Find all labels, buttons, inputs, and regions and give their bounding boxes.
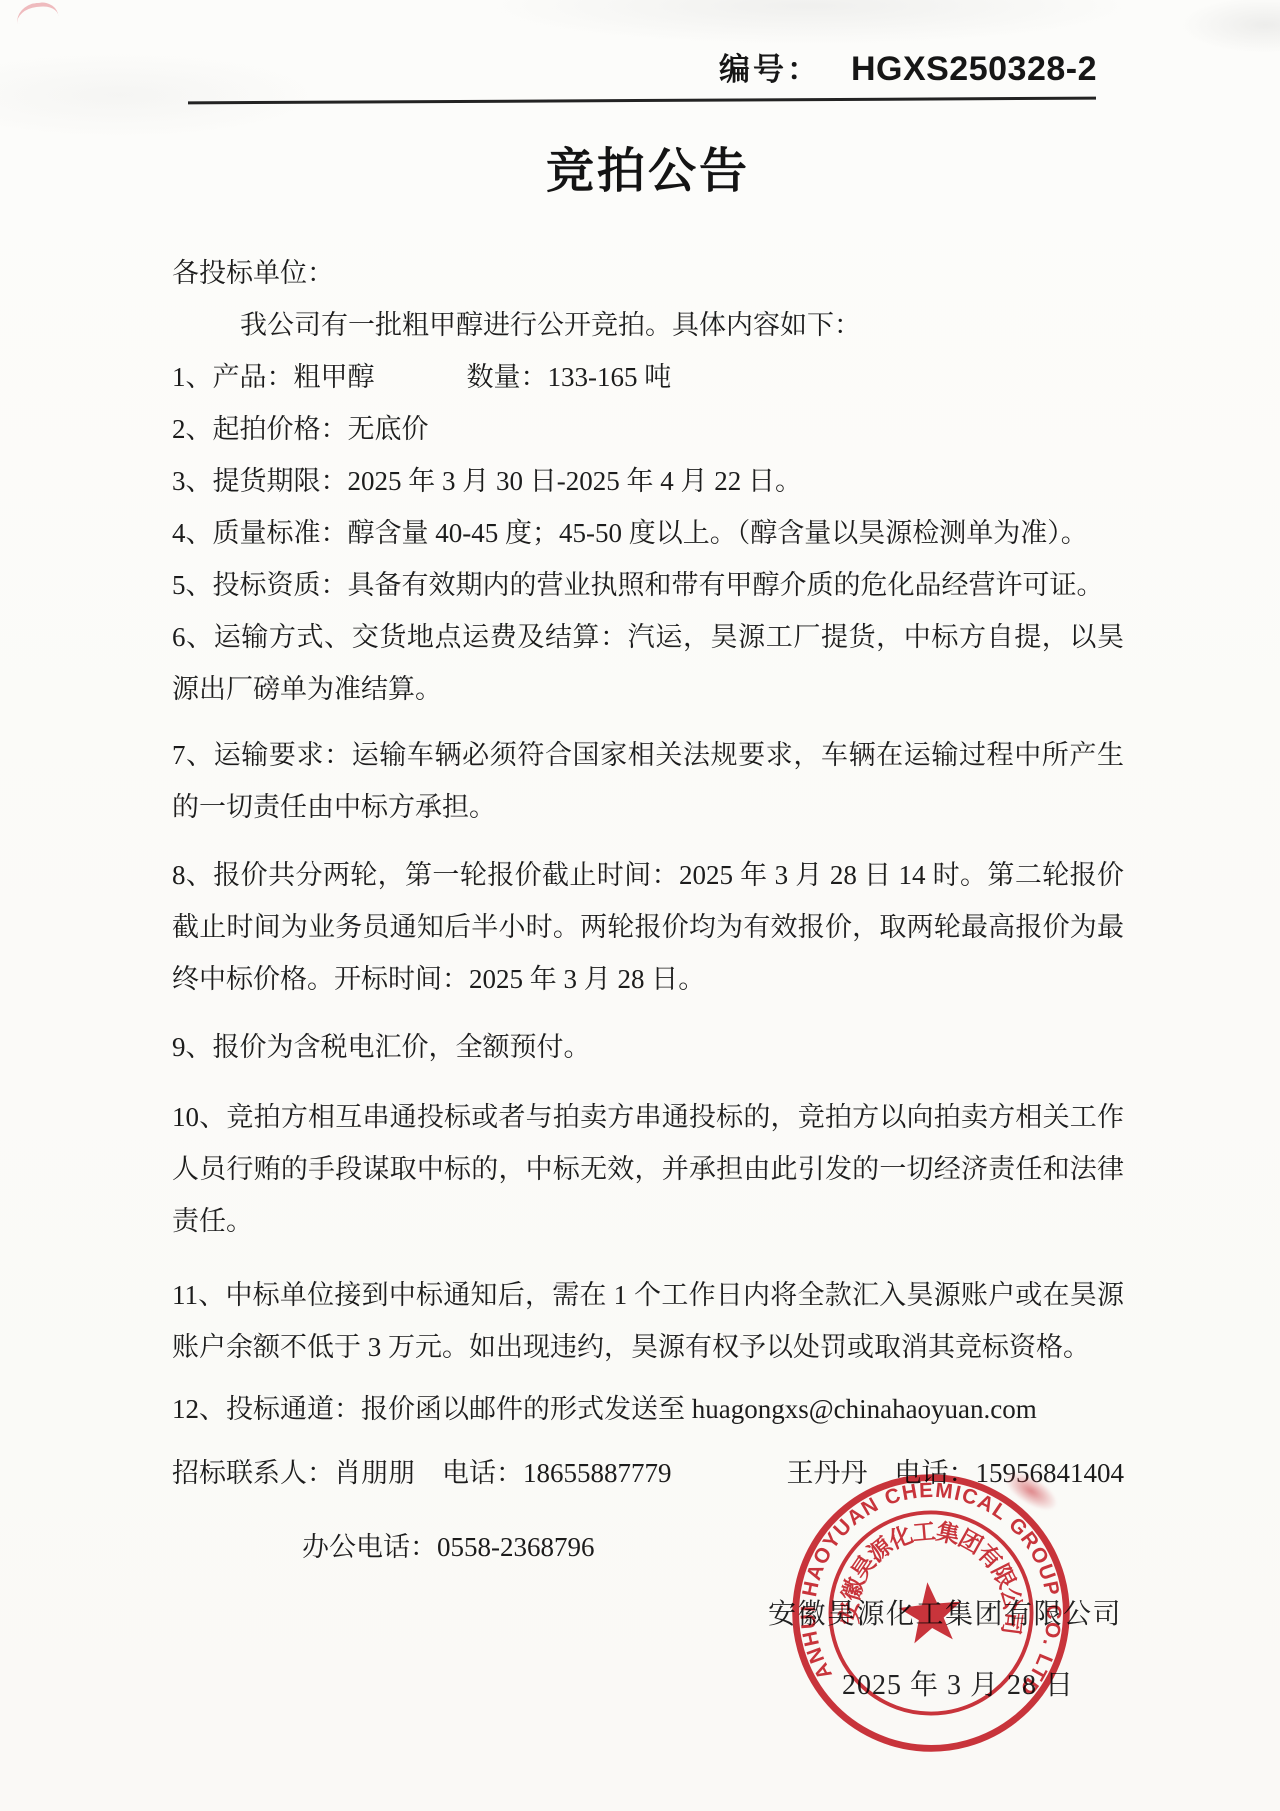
item-6: 6、运输方式、交货地点运费及结算：汽运，昊源工厂提货，中标方自提，以昊源出厂磅单… — [172, 611, 1124, 715]
item-5: 5、投标资质：具备有效期内的营业执照和带有甲醇介质的危化品经营许可证。 — [172, 559, 1124, 611]
page-title: 竞拍公告 — [172, 142, 1124, 202]
item-10: 10、竞拍方相互串通投标或者与拍卖方串通投标的，竞拍方以向拍卖方相关工作人员行贿… — [172, 1091, 1124, 1247]
document-body: 竞拍公告 各投标单位： 我公司有一批粗甲醇进行公开竞拍。具体内容如下： 1、产品… — [172, 142, 1124, 1573]
item-3: 3、提货期限：2025 年 3 月 30 日-2025 年 4 月 22 日。 — [172, 455, 1124, 507]
item-1-quantity: 数量：133-165 吨 — [467, 351, 672, 403]
item-9: 9、报价为含税电汇价，全额预付。 — [172, 1021, 1124, 1073]
item-7: 7、运输要求：运输车辆必须符合国家相关法规要求，车辆在运输过程中所产生的一切责任… — [172, 729, 1124, 833]
doc-number: 编号：HGXS250328-2 — [0, 44, 1097, 89]
item-11: 11、中标单位接到中标通知后，需在 1 个工作日内将全款汇入昊源账户或在昊源账户… — [172, 1269, 1124, 1373]
header-underline — [188, 97, 1096, 105]
salutation: 各投标单位： — [172, 247, 1124, 299]
document-page: 编号：HGXS250328-2 竞拍公告 各投标单位： 我公司有一批粗甲醇进行公… — [0, 0, 1280, 1811]
item-4: 4、质量标准：醇含量 40-45 度；45-50 度以上。（醇含量以昊源检测单为… — [172, 507, 1124, 559]
contact-left: 招标联系人：肖朋朋 电话：18655887779 — [172, 1447, 672, 1499]
doc-number-label: 编号： — [719, 52, 821, 87]
item-2: 2、起拍价格：无底价 — [172, 403, 1124, 455]
item-12: 12、投标通道：报价函以邮件的形式发送至 huagongxs@chinahaoy… — [172, 1383, 1124, 1435]
scan-red-mark — [15, 1, 59, 24]
item-8: 8、报价共分两轮，第一轮报价截止时间：2025 年 3 月 28 日 14 时。… — [172, 849, 1124, 1005]
item-1: 1、产品：粗甲醇 数量：133-165 吨 — [172, 351, 1124, 403]
company-seal-stamp: ANHUI HAOYUAN CHEMICAL GROUP CO. LTD 安徽昊… — [786, 1468, 1076, 1758]
item-1-product: 1、产品：粗甲醇 — [172, 351, 375, 403]
doc-number-code: HGXS250328-2 — [851, 50, 1097, 88]
seal-star-icon — [896, 1579, 964, 1645]
intro-paragraph: 我公司有一批粗甲醇进行公开竞拍。具体内容如下： — [172, 299, 1124, 351]
